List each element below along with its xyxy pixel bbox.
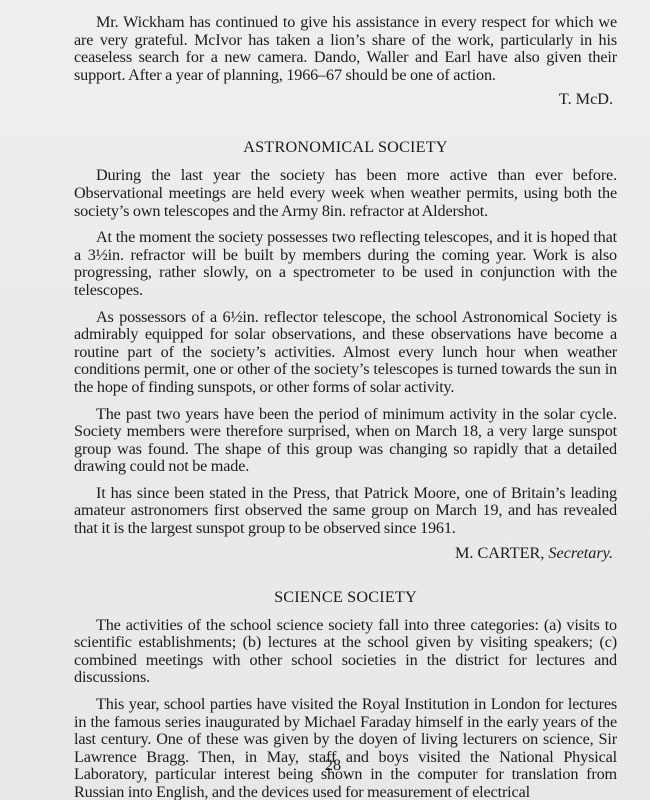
paragraph: As possessors of a 6½in. reflector teles…: [74, 309, 617, 397]
paragraph: This year, school parties have visited t…: [74, 696, 617, 800]
signature-title: Secretary.: [548, 544, 613, 562]
paragraph: It has since been stated in the Press, t…: [74, 485, 617, 538]
astronomical-society-section: ASTRONOMICAL SOCIETY During the last yea…: [74, 138, 617, 561]
paragraph: Mr. Wickham has continued to give his as…: [74, 14, 617, 84]
document-page: Mr. Wickham has continued to give his as…: [0, 0, 650, 800]
section-heading-science-society: SCIENCE SOCIETY: [74, 588, 617, 607]
paragraph: During the last year the society has bee…: [74, 167, 617, 220]
signature-secretary: M. CARTER, Secretary.: [74, 544, 617, 562]
photography-section-end: Mr. Wickham has continued to give his as…: [74, 14, 617, 108]
paragraph: The activities of the school science soc…: [74, 617, 617, 687]
section-heading-astronomical-society: ASTRONOMICAL SOCIETY: [74, 138, 617, 157]
signature-name: M. CARTER,: [455, 544, 544, 562]
paragraph: At the moment the society possesses two …: [74, 229, 617, 299]
paragraph: The past two years have been the period …: [74, 406, 617, 476]
page-number: 28: [0, 756, 650, 775]
signature-tmcd: T. McD.: [74, 90, 617, 108]
